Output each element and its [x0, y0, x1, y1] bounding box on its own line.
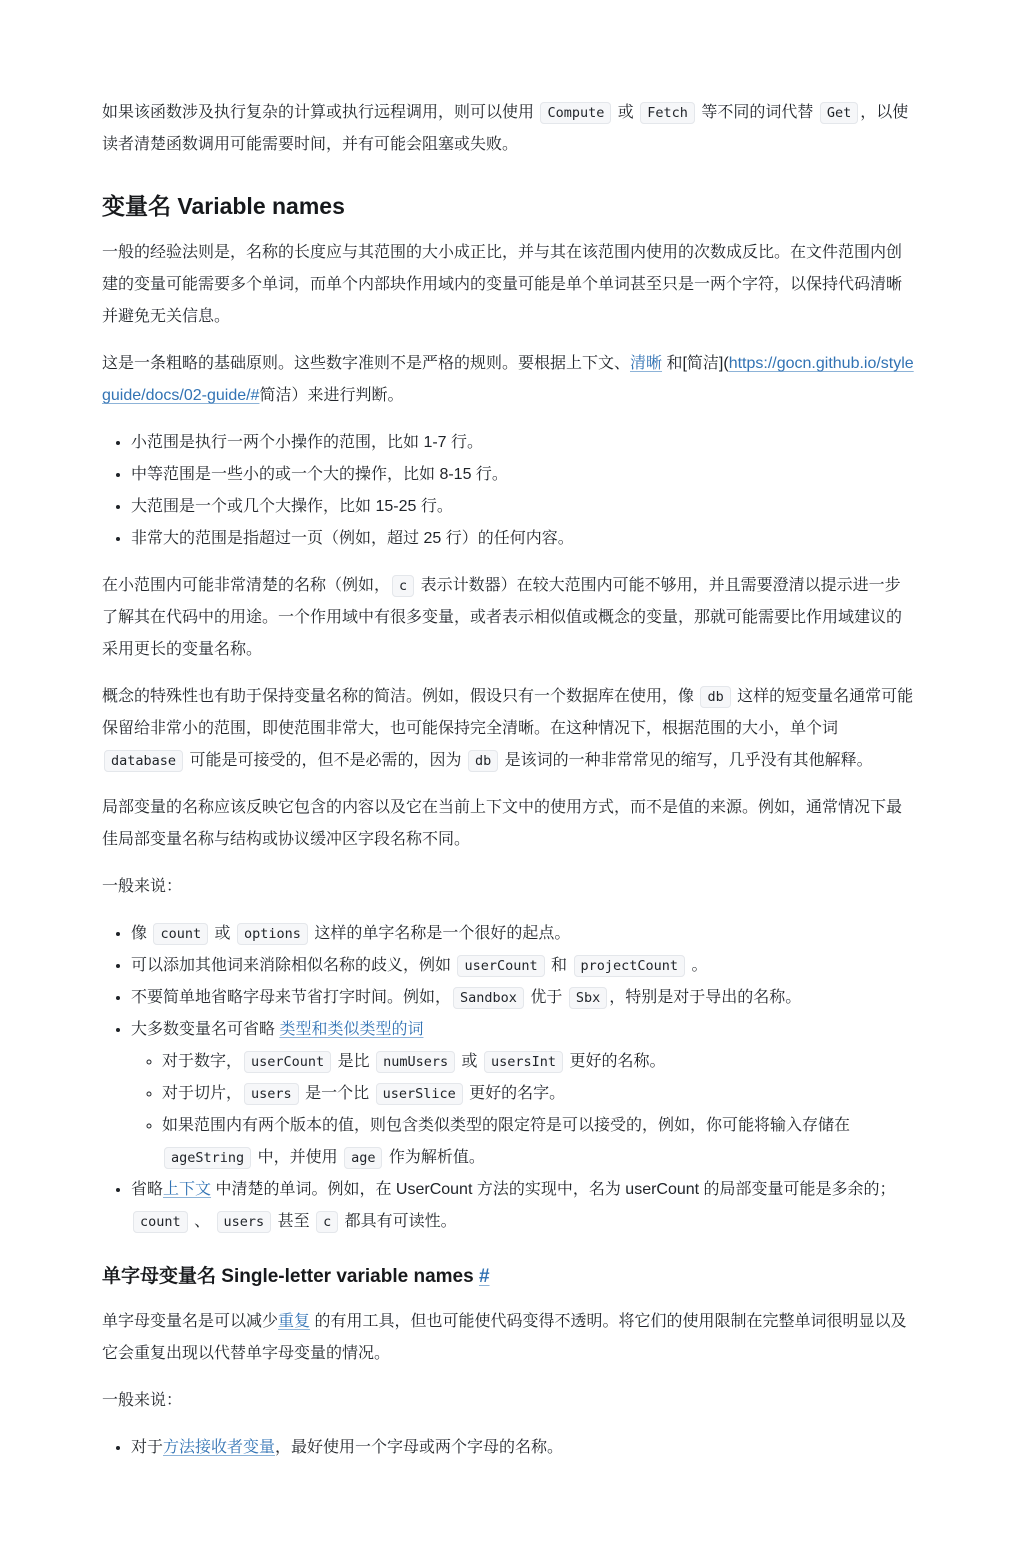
text-run: ，特别是对于导出的名称。 [609, 989, 801, 1006]
text-run: 像 [131, 925, 151, 942]
text-run: 是该词的一种非常常见的缩写，几乎没有其他解释。 [500, 752, 872, 769]
text-run: 都具有可读性。 [340, 1213, 456, 1230]
text-run: 在小范围内可能非常清楚的名称（例如， [102, 577, 390, 594]
inline-code: Fetch [640, 102, 695, 124]
text-run: 简洁）来进行判断。 [259, 387, 403, 404]
text-run: 对于 [131, 1439, 163, 1456]
inline-code: userSlice [376, 1083, 463, 1105]
text-run: 是比 [333, 1053, 374, 1070]
text-run: 小范围是执行一两个小操作的范围，比如 1-7 行。 [131, 434, 483, 451]
text-run: 对于数字， [162, 1053, 242, 1070]
text-run: 概念的特殊性也有助于保持变量名称的简洁。例如，假设只有一个数据库在使用，像 [102, 688, 698, 705]
nested-bullet-list: 对于数字，userCount 是比 numUsers 或 usersInt 更好… [131, 1046, 916, 1174]
inline-code: users [244, 1083, 299, 1105]
inline-code: Sbx [569, 987, 607, 1009]
inline-code: count [153, 923, 208, 945]
inline-code: db [700, 686, 730, 708]
text-run: 、 [190, 1213, 215, 1230]
list-item: 不要简单地省略字母来节省打字时间。例如，Sandbox 优于 Sbx，特别是对于… [131, 982, 916, 1014]
inline-code: Get [820, 102, 858, 124]
text-run: 如果该函数涉及执行复杂的计算或执行远程调用，则可以使用 [102, 104, 538, 121]
content-paragraph: 概念的特殊性也有助于保持变量名称的简洁。例如，假设只有一个数据库在使用，像 db… [102, 681, 916, 777]
text-run: 可以添加其他词来消除相似名称的歧义，例如 [131, 957, 455, 974]
text-run: 或 [457, 1053, 482, 1070]
text-run: 作为解析值。 [384, 1149, 484, 1166]
list-item: 中等范围是一些小的或一个大的操作，比如 8-15 行。 [131, 459, 916, 491]
inline-code: db [468, 750, 498, 772]
text-run: 是一个比 [301, 1085, 374, 1102]
inline-code: users [217, 1211, 272, 1233]
text-run: 和[简洁]( [662, 355, 729, 372]
bullet-list: 像 count 或 options 这样的单字名称是一个很好的起点。可以添加其他… [102, 918, 916, 1238]
inline-code: userCount [457, 955, 544, 977]
text-run: 单字母变量名 Single-letter variable names [102, 1266, 479, 1287]
text-link[interactable]: 清晰 [630, 355, 662, 372]
content-paragraph: 一般来说： [102, 871, 916, 903]
text-run: 更好的名字。 [465, 1085, 565, 1102]
text-run: 大多数变量名可省略 [131, 1021, 279, 1038]
content-paragraph: 这是一条粗略的基础原则。这些数字准则不是严格的规则。要根据上下文、清晰 和[简洁… [102, 348, 916, 412]
text-run: 不要简单地省略字母来节省打字时间。例如， [131, 989, 451, 1006]
text-run: 更好的名称。 [565, 1053, 665, 1070]
list-item: 省略上下文 中清楚的单词。例如，在 UserCount 方法的实现中，名为 us… [131, 1174, 916, 1238]
text-link[interactable]: 上下文 [163, 1181, 211, 1198]
text-link[interactable]: 重复 [278, 1313, 310, 1330]
list-item: 如果范围内有两个版本的值，则包含类似类型的限定符是可以接受的，例如，你可能将输入… [162, 1110, 916, 1174]
list-item: 对于切片，users 是一个比 userSlice 更好的名字。 [162, 1078, 916, 1110]
document-content: 如果该函数涉及执行复杂的计算或执行远程调用，则可以使用 Compute 或 Fe… [102, 0, 916, 1559]
inline-code: options [237, 923, 308, 945]
inline-code: Sandbox [453, 987, 524, 1009]
text-run: 优于 [526, 989, 567, 1006]
text-run: 中等范围是一些小的或一个大的操作，比如 8-15 行。 [131, 466, 508, 483]
content-paragraph: 一般来说： [102, 1385, 916, 1417]
inline-code: userCount [244, 1051, 331, 1073]
text-run: 甚至 [273, 1213, 314, 1230]
list-item: 像 count 或 options 这样的单字名称是一个很好的起点。 [131, 918, 916, 950]
list-item: 可以添加其他词来消除相似名称的歧义，例如 userCount 和 project… [131, 950, 916, 982]
inline-code: Compute [540, 102, 611, 124]
text-run: 变量名 Variable names [102, 193, 345, 219]
text-run: 等不同的词代替 [697, 104, 818, 121]
text-run: 和 [547, 957, 572, 974]
text-run: 大范围是一个或几个大操作，比如 15-25 行。 [131, 498, 453, 515]
text-run: 中，并使用 [253, 1149, 342, 1166]
text-run: 一般的经验法则是，名称的长度应与其范围的大小成正比，并与其在该范围内使用的次数成… [102, 244, 902, 325]
inline-code: database [104, 750, 183, 772]
text-run: 这样的单字名称是一个很好的起点。 [310, 925, 570, 942]
inline-code: numUsers [376, 1051, 455, 1073]
list-item: 大多数变量名可省略 类型和类似类型的词对于数字，userCount 是比 num… [131, 1014, 916, 1174]
bullet-list: 对于方法接收者变量，最好使用一个字母或两个字母的名称。 [102, 1432, 916, 1464]
bullet-list: 小范围是执行一两个小操作的范围，比如 1-7 行。中等范围是一些小的或一个大的操… [102, 427, 916, 555]
inline-code: projectCount [574, 955, 686, 977]
text-run: 单字母变量名是可以减少 [102, 1313, 278, 1330]
list-item: 对于方法接收者变量，最好使用一个字母或两个字母的名称。 [131, 1432, 916, 1464]
text-run: 如果范围内有两个版本的值，则包含类似类型的限定符是可以接受的，例如，你可能将输入… [162, 1117, 850, 1134]
list-item: 小范围是执行一两个小操作的范围，比如 1-7 行。 [131, 427, 916, 459]
inline-code: count [133, 1211, 188, 1233]
text-run: ，最好使用一个字母或两个字母的名称。 [275, 1439, 563, 1456]
text-link[interactable]: 类型和类似类型的词 [279, 1021, 423, 1038]
text-run: 省略 [131, 1181, 163, 1198]
section-heading: 变量名 Variable names [102, 191, 916, 222]
list-item: 对于数字，userCount 是比 numUsers 或 usersInt 更好… [162, 1046, 916, 1078]
content-paragraph: 局部变量的名称应该反映它包含的内容以及它在当前上下文中的使用方式，而不是值的来源… [102, 792, 916, 856]
text-run: 非常大的范围是指超过一页（例如，超过 25 行）的任何内容。 [131, 530, 574, 547]
inline-code: c [392, 575, 414, 597]
list-item: 非常大的范围是指超过一页（例如，超过 25 行）的任何内容。 [131, 523, 916, 555]
text-run: 中清楚的单词。例如，在 UserCount 方法的实现中，名为 userCoun… [211, 1181, 896, 1198]
text-link[interactable]: 方法接收者变量 [163, 1439, 275, 1456]
inline-code: c [316, 1211, 338, 1233]
text-run: 或 [210, 925, 235, 942]
content-paragraph: 在小范围内可能非常清楚的名称（例如，c 表示计数器）在较大范围内可能不够用，并且… [102, 570, 916, 666]
inline-code: age [344, 1147, 382, 1169]
text-run: 可能是可接受的，但不是必需的，因为 [185, 752, 466, 769]
text-run: 一般来说： [102, 1392, 182, 1409]
text-run: 这是一条粗略的基础原则。这些数字准则不是严格的规则。要根据上下文、 [102, 355, 630, 372]
content-paragraph: 单字母变量名是可以减少重复 的有用工具，但也可能使代码变得不透明。将它们的使用限… [102, 1306, 916, 1370]
text-run: 。 [687, 957, 707, 974]
inline-code: usersInt [484, 1051, 563, 1073]
content-paragraph: 一般的经验法则是，名称的长度应与其范围的大小成正比，并与其在该范围内使用的次数成… [102, 237, 916, 333]
text-run: 或 [613, 104, 638, 121]
list-item: 大范围是一个或几个大操作，比如 15-25 行。 [131, 491, 916, 523]
subsection-heading: 单字母变量名 Single-letter variable names # [102, 1264, 916, 1291]
inline-code: ageString [164, 1147, 251, 1169]
text-run: 局部变量的名称应该反映它包含的内容以及它在当前上下文中的使用方式，而不是值的来源… [102, 799, 902, 848]
text-run: 对于切片， [162, 1085, 242, 1102]
content-paragraph: 如果该函数涉及执行复杂的计算或执行远程调用，则可以使用 Compute 或 Fe… [102, 97, 916, 161]
heading-anchor-link[interactable]: # [479, 1266, 490, 1287]
text-run: 一般来说： [102, 878, 182, 895]
